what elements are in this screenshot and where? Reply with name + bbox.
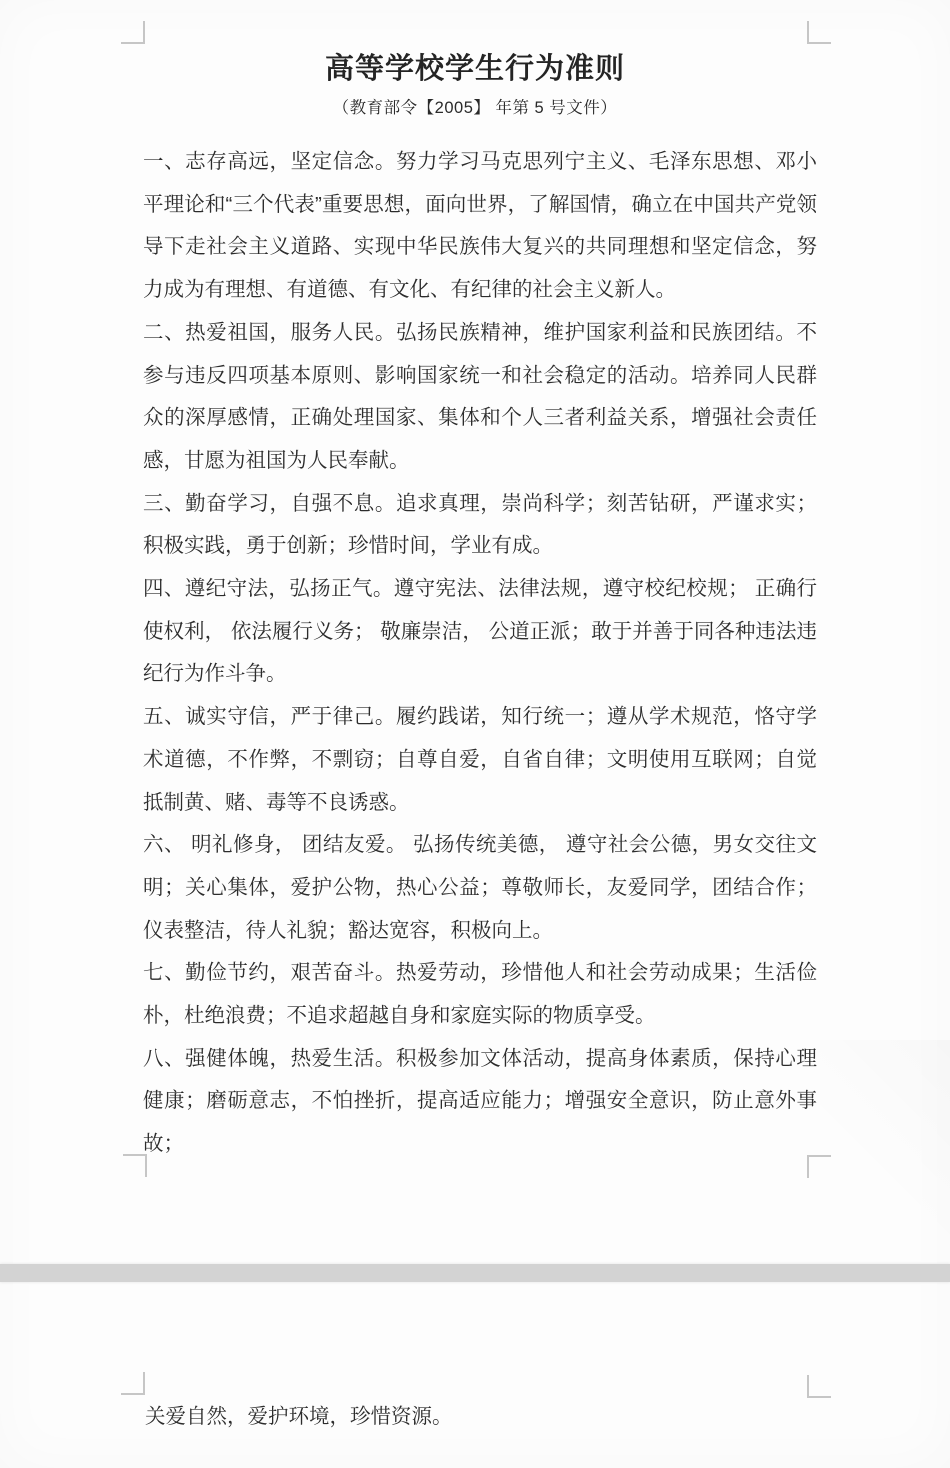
photo-glare-artifact xyxy=(820,1040,950,1270)
body-paragraph-5: 五、诚实守信，严于律己。履约践诺，知行统一；遵从学术规范，恪守学术道德，不作弊，… xyxy=(143,696,817,824)
document-subtitle: （教育部令【2005】 年第 5 号文件） xyxy=(0,94,950,118)
document-title: 高等学校学生行为准则 xyxy=(0,46,950,87)
document-page-view: 高等学校学生行为准则 （教育部令【2005】 年第 5 号文件） 一、志存高远，… xyxy=(0,0,950,1468)
body-paragraph-6: 六、 明礼修身， 团结友爱。 弘扬传统美德， 遵守社会公德，男女交往文明；关心集… xyxy=(143,824,817,952)
body-paragraph-3: 三、勤奋学习，自强不息。追求真理，崇尚科学；刻苦钻研，严谨求实；积极实践，勇于创… xyxy=(143,483,817,568)
body-paragraph-8: 八、强健体魄，热爱生活。积极参加文体活动，提高身体素质，保持心理健康；磨砺意志，… xyxy=(143,1038,817,1166)
page2-first-line: 关爱自然，爱护环境，珍惜资源。 xyxy=(145,1399,819,1429)
page2-margin-mark-top-right xyxy=(807,1375,831,1398)
body-paragraph-4: 四、遵纪守法，弘扬正气。遵守宪法、法律法规，遵守校纪校规； 正确行使权利， 依法… xyxy=(143,568,817,696)
body-paragraph-2: 二、热爱祖国，服务人民。弘扬民族精神，维护国家利益和民族团结。不参与违反四项基本… xyxy=(143,312,817,483)
page2-margin-mark-top-left xyxy=(121,1372,145,1395)
page1-margin-mark-top-right xyxy=(807,21,831,44)
document-body: 一、志存高远，坚定信念。努力学习马克思列宁主义、毛泽东思想、邓小平理论和“三个代… xyxy=(143,141,817,1166)
body-paragraph-7: 七、勤俭节约，艰苦奋斗。热爱劳动，珍惜他人和社会劳动成果；生活俭朴，杜绝浪费；不… xyxy=(143,952,817,1037)
body-paragraph-1: 一、志存高远，坚定信念。努力学习马克思列宁主义、毛泽东思想、邓小平理论和“三个代… xyxy=(143,141,817,312)
page-separator xyxy=(0,1264,950,1282)
page1-margin-mark-top-left xyxy=(121,21,145,44)
